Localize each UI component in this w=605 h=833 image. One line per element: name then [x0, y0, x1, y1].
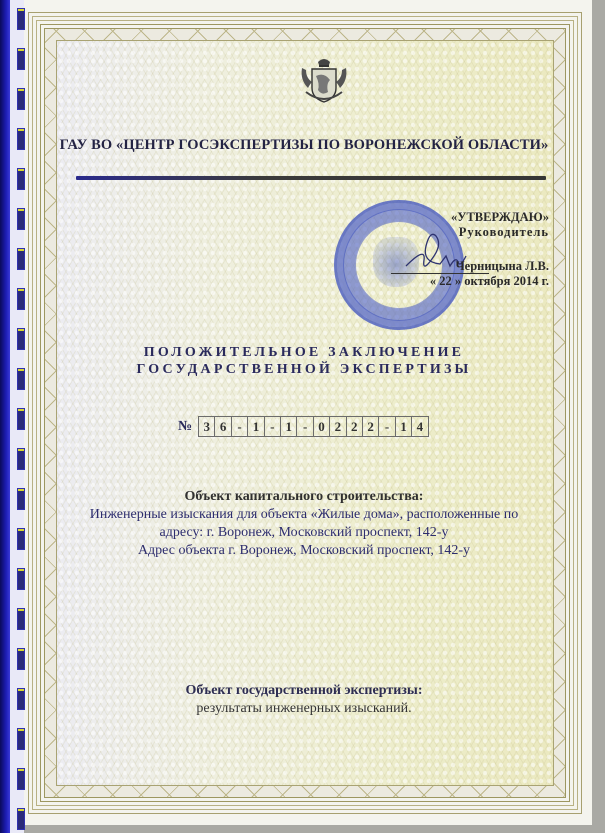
construction-object-heading: Объект капитального строительства: — [56, 488, 552, 506]
registration-digit-cell: 1 — [248, 417, 264, 436]
binding-hole-icon — [17, 688, 25, 710]
registration-number: № 36-1-1-0222-14 — [178, 416, 429, 437]
binding-hole-icon — [17, 48, 25, 70]
registration-digit-cell: 3 — [199, 417, 215, 436]
binding-hole-icon — [17, 528, 25, 550]
registration-digit-cell: 0 — [314, 417, 330, 436]
binding-hole-icon — [17, 488, 25, 510]
registration-digit-cell: 2 — [347, 417, 363, 436]
registration-digit-cell: 1 — [281, 417, 297, 436]
registration-digit-cell: - — [297, 417, 313, 436]
registration-digit-cell: 2 — [363, 417, 379, 436]
binding-hole-icon — [17, 648, 25, 670]
binding-hole-icon — [17, 768, 25, 790]
registration-digit-cell: 1 — [396, 417, 412, 436]
binding-hole-icon — [17, 8, 25, 30]
registration-digit-cell: - — [265, 417, 281, 436]
binding-hole-icon — [17, 208, 25, 230]
approver-role: Руководитель — [430, 225, 549, 240]
binding-hole-icon — [17, 128, 25, 150]
spiral-binding-edge — [0, 0, 10, 833]
construction-object-line-1: Инженерные изыскания для объекта «Жилые … — [56, 506, 552, 524]
registration-digit-cell: - — [379, 417, 395, 436]
binding-strip — [10, 0, 24, 833]
document-title: ПОЛОЖИТЕЛЬНОЕ ЗАКЛЮЧЕНИЕ ГОСУДАРСТВЕННОЙ… — [56, 344, 552, 378]
registration-digit-cell: 2 — [330, 417, 346, 436]
voronezh-coat-of-arms-icon — [298, 54, 350, 106]
organization-name: ГАУ ВО «ЦЕНТР ГОСЭКСПЕРТИЗЫ ПО ВОРОНЕЖСК… — [56, 137, 552, 154]
registration-digit-cell: 4 — [412, 417, 427, 436]
binding-hole-icon — [17, 808, 25, 830]
document-content: ГАУ ВО «ЦЕНТР ГОСЭКСПЕРТИЗЫ ПО ВОРОНЕЖСК… — [56, 40, 552, 784]
binding-hole-icon — [17, 728, 25, 750]
construction-object-block: Объект капитального строительства: Инжен… — [56, 488, 552, 560]
binding-hole-icon — [17, 88, 25, 110]
approval-date: « 22 » октября 2014 г. — [430, 274, 549, 289]
approver-name: Черницына Л.В. — [430, 259, 549, 274]
expertise-object-value: результаты инженерных изысканий. — [56, 700, 552, 718]
binding-hole-icon — [17, 568, 25, 590]
binding-hole-icon — [17, 368, 25, 390]
registration-digit-cell: - — [232, 417, 248, 436]
binding-hole-icon — [17, 448, 25, 470]
registration-digit-cell: 6 — [215, 417, 231, 436]
approval-heading: «УТВЕРЖДАЮ» — [430, 210, 549, 225]
header-divider — [76, 176, 546, 180]
approval-block: «УТВЕРЖДАЮ» Руководитель Черницына Л.В. … — [430, 210, 549, 289]
number-sign: № — [178, 419, 192, 435]
expertise-object-block: Объект государственной экспертизы: резул… — [56, 682, 552, 718]
binding-hole-icon — [17, 328, 25, 350]
construction-object-line-2: адресу: г. Воронеж, Московский проспект,… — [56, 524, 552, 542]
binding-hole-icon — [17, 408, 25, 430]
binding-hole-icon — [17, 168, 25, 190]
construction-object-address: Адрес объекта г. Воронеж, Московский про… — [56, 542, 552, 560]
binding-hole-icon — [17, 288, 25, 310]
document-title-line-2: ГОСУДАРСТВЕННОЙ ЭКСПЕРТИЗЫ — [56, 361, 552, 378]
binding-hole-icon — [17, 248, 25, 270]
expertise-object-heading: Объект государственной экспертизы: — [56, 682, 552, 700]
binding-hole-icon — [17, 608, 25, 630]
registration-number-cells: 36-1-1-0222-14 — [198, 416, 428, 437]
document-title-line-1: ПОЛОЖИТЕЛЬНОЕ ЗАКЛЮЧЕНИЕ — [56, 344, 552, 361]
